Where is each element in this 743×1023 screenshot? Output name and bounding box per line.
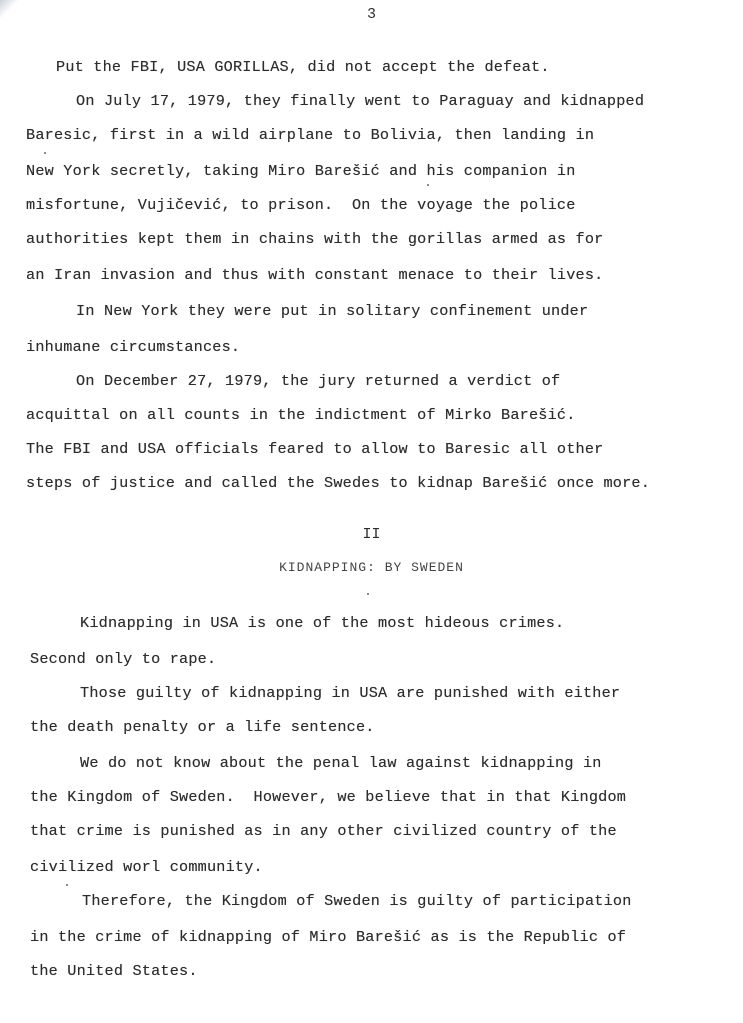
text-line: the United States. bbox=[30, 962, 198, 980]
text-line: the death penalty or a life sentence. bbox=[30, 718, 375, 736]
text-line: in the crime of kidnapping of Miro Bareš… bbox=[30, 928, 626, 946]
scan-speck bbox=[66, 884, 68, 886]
scan-speck bbox=[385, 313, 387, 315]
text-line: In New York they were put in solitary co… bbox=[76, 302, 588, 320]
text-line: the Kingdom of Sweden. However, we belie… bbox=[30, 788, 626, 806]
text-line: an Iran invasion and thus with constant … bbox=[26, 266, 603, 284]
scan-speck bbox=[367, 593, 369, 595]
text-line: New York secretly, taking Miro Barešić a… bbox=[26, 162, 576, 180]
text-line: Put the FBI, USA GORILLAS, did not accep… bbox=[56, 58, 550, 76]
text-line: On December 27, 1979, the jury returned … bbox=[76, 372, 560, 390]
text-line: Those guilty of kidnapping in USA are pu… bbox=[80, 684, 620, 702]
text-line: Second only to rape. bbox=[30, 650, 216, 668]
text-line: acquittal on all counts in the indictmen… bbox=[26, 406, 576, 424]
text-line: misfortune, Vujičević, to prison. On the… bbox=[26, 196, 576, 214]
text-line: inhumane circumstances. bbox=[26, 338, 240, 356]
scan-speck bbox=[44, 152, 46, 154]
text-line: steps of justice and called the Swedes t… bbox=[26, 474, 650, 492]
section-title: KIDNAPPING: BY SWEDEN bbox=[0, 560, 743, 575]
text-line: On July 17, 1979, they finally went to P… bbox=[76, 92, 644, 110]
text-line: civilized worl community. bbox=[30, 858, 263, 876]
scan-speck bbox=[427, 184, 429, 186]
text-line: authorities kept them in chains with the… bbox=[26, 230, 603, 248]
text-line: that crime is punished as in any other c… bbox=[30, 822, 617, 840]
page-number: 3 bbox=[0, 6, 743, 23]
text-line: We do not know about the penal law again… bbox=[80, 754, 602, 772]
text-line: Kidnapping in USA is one of the most hid… bbox=[80, 614, 564, 632]
text-line: Therefore, the Kingdom of Sweden is guil… bbox=[82, 892, 632, 910]
text-line: Baresic, first in a wild airplane to Bol… bbox=[26, 126, 594, 144]
section-numeral: II bbox=[0, 526, 743, 543]
text-line: The FBI and USA officials feared to allo… bbox=[26, 440, 603, 458]
